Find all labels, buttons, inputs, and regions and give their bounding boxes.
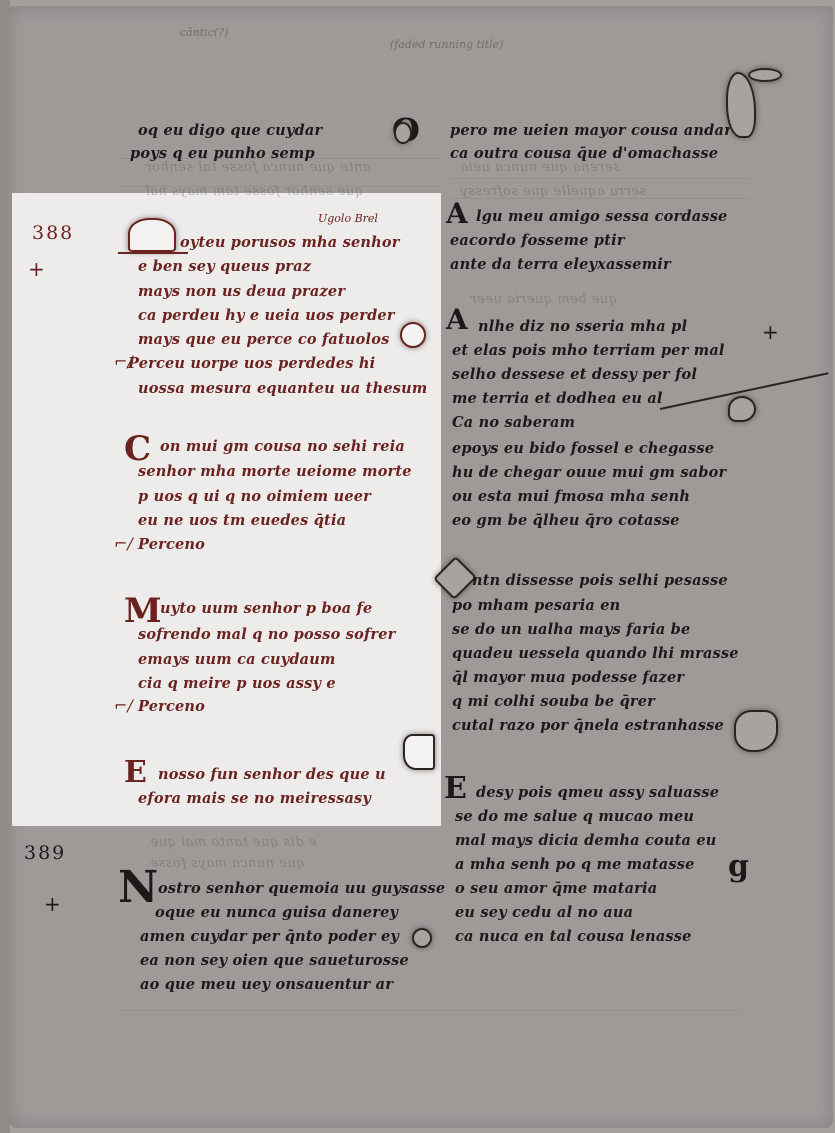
verse-line: on mui gm cousa no sehi reia [160,438,405,455]
verse-line: efora mais se no meiressasy [138,790,371,807]
verse-line: se do un ualha mays faria be [452,621,690,638]
verse-line: nlhe diz no sseria mha pl [478,318,687,335]
verse-line: ca outra cousa q̄ue d'omachasse [450,145,718,162]
parchment-hole [394,122,412,144]
verse-line: se do me salue q mucao meu [455,808,694,825]
verse-line: a mha senh po q me matasse [455,856,695,873]
verse-line: oque eu nunca guisa danerey [155,904,398,921]
verse-line: oq eu digo que cuydar [138,122,322,139]
verse-line: ao que meu uey onsauentur ar [140,976,393,993]
verse-line: q̄l mayor mua podesse fazer [452,669,684,686]
verse-line: desy pois qmeu assy saluasse [476,784,719,801]
decorated-initial: M [124,594,162,628]
parchment-hole [128,218,176,252]
show-through-text: serena que nunca ueia [460,160,620,175]
decorated-initial: C [124,432,151,466]
verse-line: o seu amor q̄me mataria [455,880,657,897]
verse-line: oyteu porusos mha senhor [180,234,400,251]
margin-cross: + [28,259,45,279]
verse-line: ou esta mui fmosa mha senh [452,488,690,505]
decorated-initial: E [124,758,147,788]
parchment-hole [403,734,435,770]
verse-line: epoys eu bido fossel e chegasse [452,440,714,457]
verse-line: q mi colhi souba be q̄rer [452,693,655,710]
verse-line: eacordo fosseme ptir [450,232,625,249]
show-through-text: que senhor fosse tam mays nal [145,184,363,199]
verse-line: ca nuca en tal cousa lenasse [455,928,692,945]
verse-line: pero me ueien mayor cousa andar [450,122,732,139]
refrain-mark: ⌐/ [114,534,133,553]
verse-line: emays uum ca cuydaum [138,651,336,668]
verse-line: poys q eu punho semp [130,145,315,162]
refrain-line: Perceno [138,698,205,715]
show-through-text: que nunca mays fosse [150,856,305,871]
show-through-text: serra aquelle que sofressy [460,184,646,199]
refrain-mark: ⌐/ [114,696,133,715]
verse-line: mal mays dicia demha couta eu [455,832,717,849]
decorated-initial: A [446,306,468,334]
ruling-line [120,1010,740,1011]
parchment-hole [734,710,778,752]
verse-line: p uos q ui q no oimiem ueer [138,488,371,505]
decorated-initial: N [118,866,158,910]
verse-line: mays que eu perce co fatuolos [138,331,390,348]
initial-flourish [118,252,188,254]
verse-line: Ca no saberam [452,414,575,431]
verse-line: quadeu uessela quando lhi mrasse [452,645,739,662]
refrain-line: Perceu uorpe uos perdedes hi [128,355,375,372]
parchment-hole [412,928,432,948]
verse-line: ante da terra eleyxassemir [450,256,671,273]
header-note: cântic(?) [180,26,228,39]
show-through-text: ante que nunca fosse tal senhor [145,160,371,175]
parchment-hole [748,68,782,82]
verse-line: ca perdeu hy e ueia uos perder [138,307,395,324]
decorated-initial: E [444,774,467,804]
verse-line: lgu meu amigo sessa cordasse [476,208,727,225]
verse-line: po mham pesaria en [452,597,620,614]
verse-line: cia q meire p uos assy e [138,675,336,692]
marginal-note: Ugolo Brel [318,212,378,225]
show-through-text: e dis que tanto mal que [150,835,316,850]
decorated-initial: A [446,200,468,228]
marginal-mark: g [728,852,749,882]
verse-line: ntn dissesse pois selhi pesasse [472,572,728,589]
verse-line: selho dessese et dessy per fol [452,366,697,383]
verse-line: amen cuydar per q̄nto poder ey [140,928,399,945]
verse-line: eu sey cedu al no aua [455,904,633,921]
verse-line: et elas pois mho terriam per mal [452,342,725,359]
verse-line: ostro senhor quemoia uu guysasse [158,880,445,897]
verse-line: mays non us deua prazer [138,283,345,300]
verse-line: e ben sey queus praz [138,258,311,275]
verse-line: senhor mha morte ueiome morte [138,463,412,480]
verse-line: eo gm be q̄lheu q̄ro cotasse [452,512,680,529]
poem-number: 388 [32,222,74,244]
verse-line: eu ne uos tm euedes q̄tia [138,512,346,529]
show-through-text: que bem queria ueer [470,292,617,307]
refrain-mark: ⌐/ [114,352,133,371]
verse-line: nosso fun senhor des que u [158,766,386,783]
verse-line: uyto uum senhor p boa fe [160,600,372,617]
ruling-line [450,178,750,179]
refrain-line: Perceno [138,536,205,553]
verse-line: hu de chegar ouue mui gm sabor [452,464,726,481]
poem-number: 389 [24,842,66,864]
verse-line: me terria et dodhea eu al [452,390,663,407]
verse-line: cutal razo por q̄nela estranhasse [452,717,724,734]
parchment-hole [400,322,426,348]
margin-cross: + [762,322,779,342]
verse-line: ea non sey oien que saueturosse [140,952,409,969]
verse-line: sofrendo mal q no posso sofrer [138,626,396,643]
margin-cross: + [44,894,61,914]
running-title: (faded running title) [390,38,503,51]
refrain-line: uossa mesura equanteu ua thesum [138,380,427,397]
parchment-hole [728,396,756,422]
